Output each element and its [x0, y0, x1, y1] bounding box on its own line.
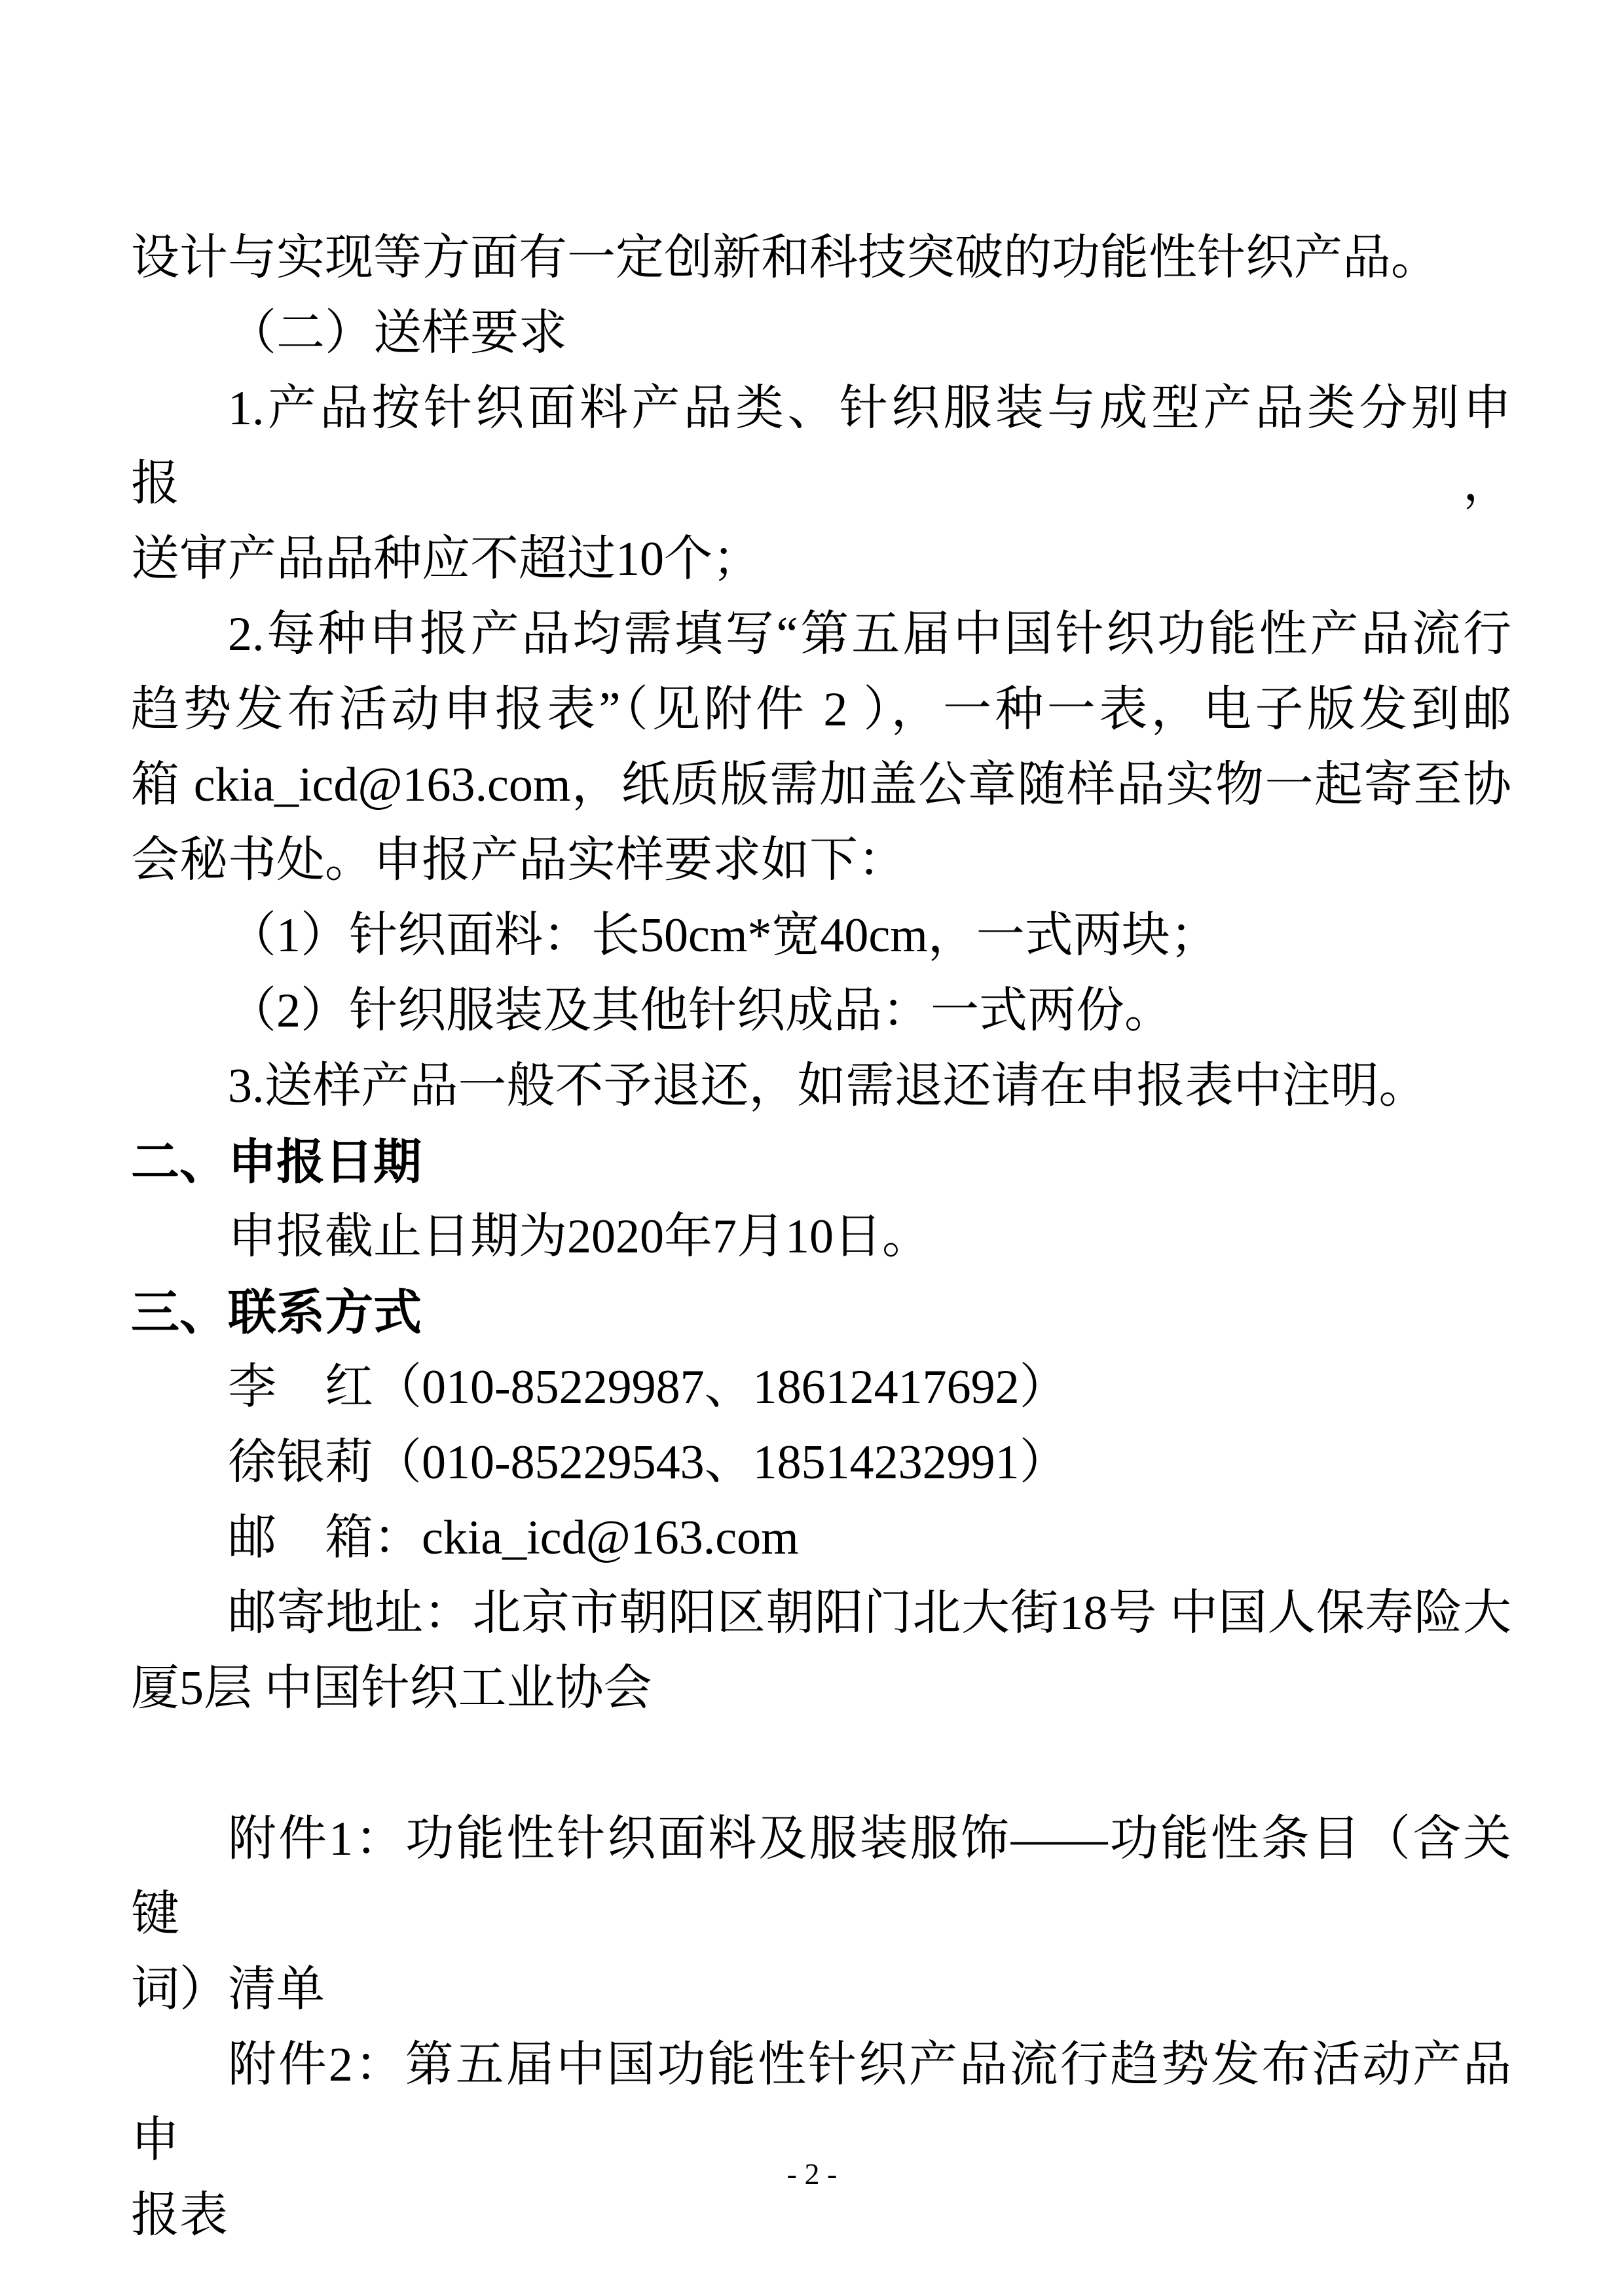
attachment-line-1-cont: 词）清单 — [131, 1952, 1511, 2028]
attachment-line-1: 附件1：功能性针织面料及服装服饰——功能性条目（含关键 — [131, 1802, 1511, 1952]
body-line-product-criteria: 设计与实现等方面有一定创新和科技突破的功能性针织产品。 — [131, 221, 1511, 296]
page-number: - 2 - — [0, 2156, 1624, 2193]
body-line-sub1-fabric-size: （1）针织面料：长50cm*宽40cm，一式两块； — [131, 898, 1511, 974]
section-heading-contact-info: 三、联系方式 — [131, 1275, 1511, 1350]
body-line-item3-no-return: 3.送样产品一般不予退还，如需退还请在申报表中注明。 — [131, 1049, 1511, 1124]
contact-line-mailing-address-cont: 厦5层 中国针织工业协会 — [131, 1651, 1511, 1726]
contact-line-xu-yinli: 徐银莉（010-85229543、18514232991） — [131, 1425, 1511, 1501]
blank-line — [131, 1726, 1511, 1802]
body-line-deadline: 申报截止日期为2020年7月10日。 — [131, 1199, 1511, 1275]
body-line-sub2-garment-copies: （2）针织服装及其他针织成品：一式两份。 — [131, 974, 1511, 1049]
section-heading-application-date: 二、申报日期 — [131, 1124, 1511, 1199]
body-line-item1-declare-by-category: 1.产品按针织面料产品类、针织服装与成型产品类分别申报， — [131, 371, 1511, 522]
contact-line-email: 邮 箱：ckia_icd@163.com — [131, 1501, 1511, 1576]
subsection-heading-sample-requirements: （二）送样要求 — [131, 296, 1511, 371]
contact-line-li-hong: 李 红（010-85229987、18612417692） — [131, 1350, 1511, 1425]
body-line-item2-form-details: 趋势发布活动申报表”（见附件 2 ），一种一表，电子版发到邮 — [131, 672, 1511, 748]
body-line-item2-sample-requirements: 会秘书处。申报产品实样要求如下： — [131, 823, 1511, 898]
body-line-item2-fill-form: 2.每种申报产品均需填写“第五届中国针织功能性产品流行 — [131, 597, 1511, 672]
document-page: 设计与实现等方面有一定创新和科技突破的功能性针织产品。 （二）送样要求 1.产品… — [0, 0, 1624, 2296]
body-line-item2-email-and-mail: 箱 ckia_icd@163.com，纸质版需加盖公章随样品实物一起寄至协 — [131, 748, 1511, 823]
contact-line-mailing-address: 邮寄地址：北京市朝阳区朝阳门北大街18号 中国人保寿险大 — [131, 1576, 1511, 1651]
body-line-item1-max-10-products: 送审产品品种应不超过10个； — [131, 522, 1511, 597]
